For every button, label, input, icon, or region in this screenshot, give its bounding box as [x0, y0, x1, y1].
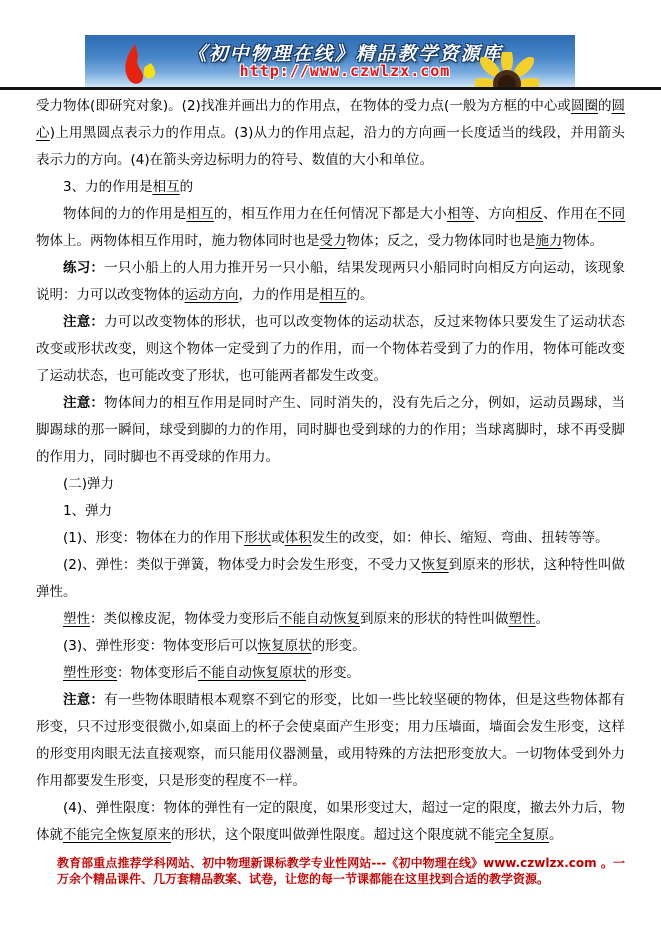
text-run: 不能完全恢复原来	[63, 827, 171, 843]
text-run: 。	[549, 827, 563, 843]
text-run: 力可以改变物体的形状，也可以改变物体的运动状态，反过来物体只要发生了运动状态改变…	[36, 314, 625, 384]
text-run: (1)、形变：物体在力的作用下	[63, 530, 244, 546]
text-run: 塑性形变	[63, 665, 117, 681]
paragraph: (3)、弹性形变：物体变形后可以恢复原状的形变。	[36, 633, 625, 660]
text-run: 的形状，这个限度叫做弹性限度。超过这个限度就不能	[171, 827, 495, 843]
paragraph: (二)弹力	[36, 471, 625, 498]
text-run: 施力	[536, 233, 563, 249]
text-run: 的。	[347, 287, 374, 303]
paragraph: 注意：有一些物体眼睛根本观察不到它的形变，比如一些比较坚硬的物体，但是这些物体都…	[36, 687, 625, 795]
text-run: (二)弹力	[63, 476, 114, 492]
text-run: 相反	[516, 206, 543, 222]
text-run: 注意：	[63, 692, 104, 708]
paragraph: 受力物体(即研究对象)。(2)找准并画出力的作用点，在物体的受力点(一般为方框的…	[36, 93, 625, 174]
text-run: 有一些物体眼睛根本观察不到它的形变，比如一些比较坚硬的物体，但是这些物体都有形变…	[36, 692, 625, 789]
paragraph: (1)、形变：物体在力的作用下形状或体积发生的改变，如：伸长、缩短、弯曲、扭转等…	[36, 525, 625, 552]
text-run: 练习：	[63, 260, 104, 276]
text-run: 的形变。	[312, 638, 366, 654]
text-run: 恢复原状	[258, 638, 312, 654]
text-run: 3、力的作用是	[63, 179, 153, 195]
text-run: 相互	[320, 287, 347, 303]
paragraph: 注意：力可以改变物体的形状，也可以改变物体的运动状态，反过来物体只要发生了运动状…	[36, 309, 625, 390]
document-page: 《初中物理在线》精品教学资源库 http://www.czwlzx.com 受力…	[0, 0, 661, 936]
flame-logo-icon	[115, 41, 163, 88]
text-run: 、方向	[474, 206, 515, 222]
text-run: 1、弹力	[63, 503, 112, 519]
text-run: 。	[536, 611, 550, 627]
text-run: 不能自动恢复原状	[198, 665, 306, 681]
text-run: 塑性	[509, 611, 536, 627]
banner-url-link[interactable]: http://www.czwlzx.com	[175, 62, 515, 80]
text-run: 相互	[153, 179, 180, 195]
text-run: 的	[598, 98, 612, 114]
text-run: 发生的改变，如：伸长、缩短、弯曲、扭转等等。	[312, 530, 609, 546]
text-run: 或	[271, 530, 285, 546]
text-run: 注意：	[63, 395, 104, 411]
text-run: 不能自动恢复	[279, 611, 360, 627]
text-run: ，力的作用是	[239, 287, 320, 303]
text-run: 的	[180, 179, 194, 195]
text-run: (2)、弹性：类似于弹簧，物体受力时会发生形变，不受力又	[63, 557, 422, 573]
paragraph: (2)、弹性：类似于弹簧，物体受力时会发生形变，不受力又恢复到原来的形状，这种特…	[36, 552, 625, 606]
paragraph: 1、弹力	[36, 498, 625, 525]
text-run: 形状	[244, 530, 271, 546]
text-run: 物体；反之，受力物体同时也是	[347, 233, 536, 249]
paragraph: (4)、弹性限度：物体的弹性有一定的限度，如果形变过大，超过一定的限度，撤去外力…	[36, 795, 625, 849]
text-run: 受力物体(即研究对象)。(2)找准并画出力的作用点，在物体的受力点(一般为方框的…	[36, 98, 571, 114]
text-run: 不同	[598, 206, 625, 222]
text-run: 塑性	[63, 611, 90, 627]
text-run: 到原来的形状的特性叫做	[360, 611, 509, 627]
text-run: 完全复原	[495, 827, 549, 843]
text-run: 物体上。两物体相互作用时，施力物体同时也是	[36, 233, 320, 249]
text-run: )上用黑圆点表示力的作用点。(3)从力的作用点起，沿力的方向画一长度适当的线段，…	[36, 125, 625, 168]
sunflower-icon	[475, 52, 539, 88]
paragraph: 练习：一只小船上的人用力推开另一只小船，结果发现两只小船同时向相反方向运动，该现…	[36, 255, 625, 309]
text-run: 注意：	[63, 314, 104, 330]
text-run: 运动方向	[185, 287, 239, 303]
paragraph: 3、力的作用是相互的	[36, 174, 625, 201]
header-banner: 《初中物理在线》精品教学资源库 http://www.czwlzx.com	[85, 35, 575, 88]
text-run: ：类似橡皮泥，物体受力变形后	[90, 611, 279, 627]
text-run: 物体。	[563, 233, 604, 249]
paragraph: 注意：物体间力的相互作用是同时产生、同时消失的，没有先后之分，例如，运动员踢球，…	[36, 390, 625, 471]
text-run: 圆圈	[571, 98, 598, 114]
text-run: 物体间的力的作用是	[63, 206, 186, 222]
text-run: 相互	[186, 206, 213, 222]
text-run: 恢复	[422, 557, 449, 573]
text-run: 、作用在	[543, 206, 598, 222]
paragraph: 塑性形变：物体变形后不能自动恢复原状的形变。	[36, 660, 625, 687]
footer-note: 教育部重点推荐学科网站、初中物理新课标教学专业性网站---《初中物理在线》www…	[57, 855, 625, 887]
text-run: 体积	[285, 530, 312, 546]
text-run: 物体间力的相互作用是同时产生、同时消失的，没有先后之分，例如，运动员踢球，当脚踢…	[36, 395, 625, 465]
paragraph: 物体间的力的作用是相互的，相互作用力在任何情况下都是大小相等、方向相反、作用在不…	[36, 201, 625, 255]
text-run: ：物体变形后	[117, 665, 198, 681]
text-run: 相等	[447, 206, 474, 222]
document-body: 受力物体(即研究对象)。(2)找准并画出力的作用点，在物体的受力点(一般为方框的…	[36, 93, 625, 849]
text-run: 的形变。	[306, 665, 360, 681]
divider-line	[0, 87, 661, 90]
paragraph: 塑性：类似橡皮泥，物体受力变形后不能自动恢复到原来的形状的特性叫做塑性。	[36, 606, 625, 633]
text-run: 受力	[320, 233, 347, 249]
text-run: 的，相互作用力在任何情况下都是大小	[214, 206, 447, 222]
text-run: (3)、弹性形变：物体变形后可以	[63, 638, 258, 654]
